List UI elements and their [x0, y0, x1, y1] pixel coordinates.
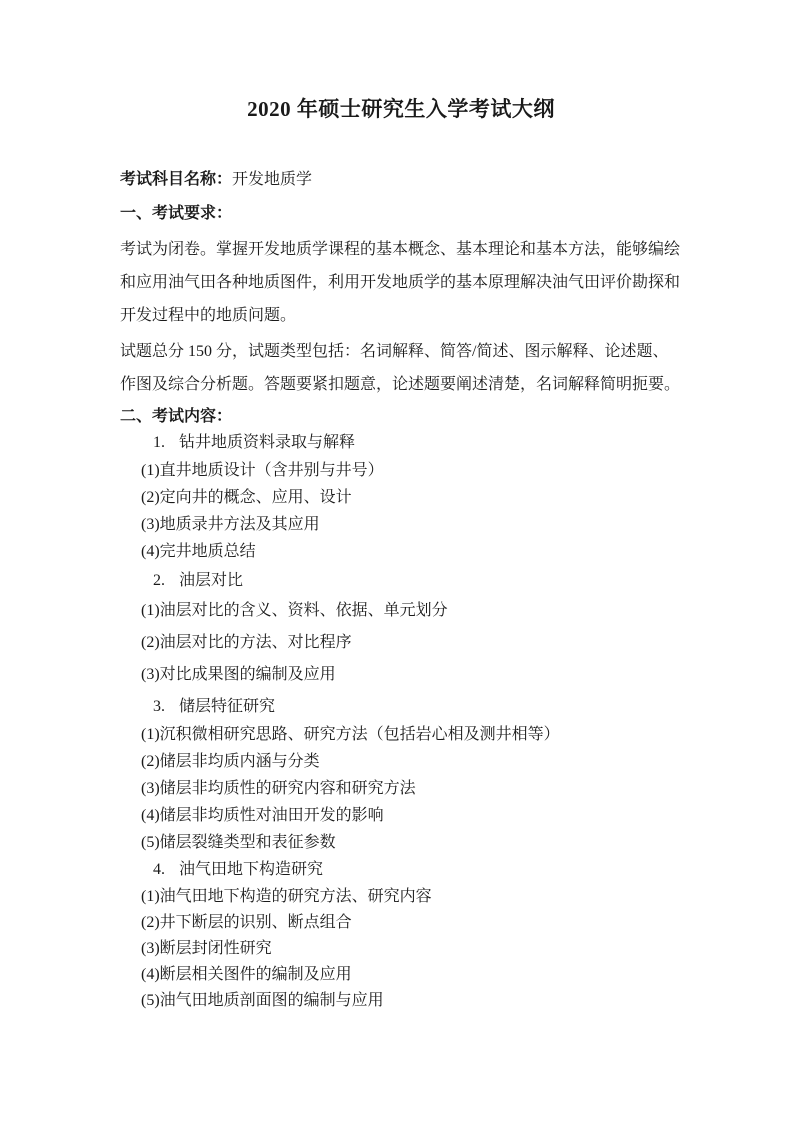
subject-line: 考试科目名称：开发地质学: [120, 168, 682, 192]
topic-heading: 3.储层特征研究: [120, 693, 682, 721]
topic-number: 3.: [153, 693, 165, 721]
list-item: (3)储层非均质性的研究内容和研究方法: [120, 775, 682, 802]
list-item: (2)储层非均质内涵与分类: [120, 748, 682, 775]
topic-heading: 1.钻井地质资料录取与解释: [120, 429, 682, 457]
list-item: (4)完井地质总结: [120, 538, 682, 565]
paragraph-line: 考试为闭卷。掌握开发地质学课程的基本概念、基本理论和基本方法，能够编绘: [120, 233, 682, 266]
subject-value: 开发地质学: [232, 171, 312, 188]
list-item: (1)直井地质设计（含井别与井号）: [120, 457, 682, 484]
list-item: (4)断层相关图件的编制及应用: [120, 962, 682, 988]
list-item: (3)地质录井方法及其应用: [120, 511, 682, 538]
list-item: (5)油气田地质剖面图的编制与应用: [120, 988, 682, 1014]
document-page: 2020 年硕士研究生入学考试大纲 考试科目名称：开发地质学 一、考试要求： 考…: [0, 0, 793, 1121]
topic-heading: 2.油层对比: [120, 567, 682, 595]
list-item: (3)对比成果图的编制及应用: [120, 659, 682, 691]
subject-label: 考试科目名称：: [120, 171, 232, 188]
topic-number: 1.: [153, 429, 165, 457]
list-item: (1)沉积微相研究思路、研究方法（包括岩心相及测井相等）: [120, 721, 682, 748]
requirements-paragraph-1: 考试为闭卷。掌握开发地质学课程的基本概念、基本理论和基本方法，能够编绘 和应用油…: [120, 233, 682, 332]
list-item: (2)油层对比的方法、对比程序: [120, 627, 682, 659]
list-item: (2)井下断层的识别、断点组合: [120, 910, 682, 936]
list-item: (1)油气田地下构造的研究方法、研究内容: [120, 884, 682, 910]
list-item: (3)断层封闭性研究: [120, 936, 682, 962]
topic-title: 油气田地下构造研究: [179, 861, 323, 878]
section-heading-requirements: 一、考试要求：: [120, 202, 682, 226]
topic-title: 储层特征研究: [179, 698, 275, 715]
paragraph-line: 开发过程中的地质问题。: [120, 299, 682, 332]
list-item: (2)定向井的概念、应用、设计: [120, 484, 682, 511]
paragraph-line: 和应用油气田各种地质图件，利用开发地质学的基本原理解决油气田评价勘探和: [120, 266, 682, 299]
list-item: (1)油层对比的含义、资料、依据、单元划分: [120, 595, 682, 627]
list-item: (5)储层裂缝类型和表征参数: [120, 829, 682, 856]
document-title: 2020 年硕士研究生入学考试大纲: [120, 94, 682, 124]
topic-title: 钻井地质资料录取与解释: [179, 434, 355, 451]
requirements-paragraph-2: 试题总分 150 分，试题类型包括：名词解释、简答/简述、图示解释、论述题、 作…: [120, 335, 682, 401]
topic-title: 油层对比: [179, 572, 243, 589]
section-heading-content: 二、考试内容：: [120, 405, 682, 429]
topic-number: 2.: [153, 567, 165, 595]
topic-heading: 4.油气田地下构造研究: [120, 856, 682, 884]
list-item: (4)储层非均质性对油田开发的影响: [120, 802, 682, 829]
paragraph-line: 试题总分 150 分，试题类型包括：名词解释、简答/简述、图示解释、论述题、: [120, 335, 682, 368]
paragraph-line: 作图及综合分析题。答题要紧扣题意，论述题要阐述清楚，名词解释简明扼要。: [120, 368, 682, 401]
topic-number: 4.: [153, 856, 165, 884]
